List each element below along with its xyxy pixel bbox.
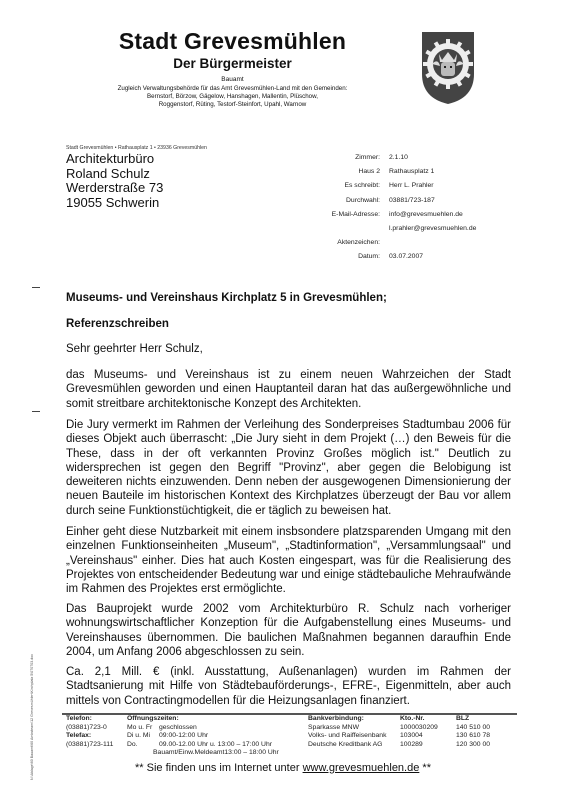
- meta-label: Durchwahl:: [300, 197, 389, 211]
- hours-row: Do.09.00-12.00 Uhr u. 13:00 – 17:00 Uhr: [127, 741, 307, 750]
- department-label: Bauamt: [100, 76, 365, 83]
- meta-row-room: Zimmer:2.1.10: [300, 154, 520, 168]
- bank-name: Volks- und Raiffeisenbank: [308, 732, 400, 741]
- coat-of-arms-icon: [420, 30, 476, 106]
- recipient-line: Architekturbüro: [66, 152, 163, 167]
- body-paragraph: Die Jury vermerkt im Rahmen der Verleihu…: [66, 418, 511, 518]
- hours-row: Di u. Mi09:00-12:00 Uhr: [127, 732, 307, 741]
- hours-time: geschlossen: [159, 724, 197, 733]
- bank-account: 1000030209: [400, 724, 456, 733]
- meta-label: E-Mail-Adresse:: [300, 211, 389, 225]
- file-path-note: N:\Ablage\60 Bauamt\60 Ambsteam\12 Greve…: [30, 654, 34, 780]
- fold-mark: [32, 287, 40, 288]
- bank-blz: 140 510 00: [456, 724, 490, 733]
- bank-row: Deutsche Kreditbank AG100289120 300 00: [308, 741, 518, 750]
- authority-note-line: Bernstorf, Börzow, Gägelow, Hanshagen, M…: [96, 93, 369, 101]
- meta-row-building: Haus 2Rathausplatz 1: [300, 168, 520, 182]
- footer-bank: Bankverbindung: Kto.-Nr. BLZ Sparkasse M…: [308, 715, 518, 749]
- hours-label: Öffnungszeiten:: [127, 715, 179, 722]
- meta-row-date: Datum:03.07.2007: [300, 253, 520, 267]
- body-paragraph: Das Bauprojekt wurde 2002 vom Architektu…: [66, 602, 511, 659]
- recipient-line: Roland Schulz: [66, 167, 163, 182]
- recipient-line: Werderstraße 73: [66, 181, 163, 196]
- hours-time: 09:00-12:00 Uhr: [159, 732, 208, 741]
- bank-row: Sparkasse MNW1000030209140 510 00: [308, 724, 518, 733]
- recipient-address: Architekturbüro Roland Schulz Werderstra…: [66, 152, 163, 210]
- mayor-subtitle: Der Bürgermeister: [100, 56, 365, 71]
- fax-label: Telefax:: [66, 732, 91, 739]
- meta-row-email-2: l.prahler@grevesmuehlen.de: [300, 225, 520, 239]
- body-paragraph: Einher geht diese Nutzbarkeit mit einem …: [66, 525, 511, 596]
- hours-time: 09.00-12.00 Uhr u. 13:00 – 17:00 Uhr: [159, 741, 272, 750]
- hours-days: Do.: [127, 741, 159, 750]
- body-paragraph: das Museums- und Vereinshaus ist zu eine…: [66, 368, 511, 411]
- meta-row-phone: Durchwahl:03881/723-187: [300, 197, 520, 211]
- bank-name: Deutsche Kreditbank AG: [308, 741, 400, 750]
- bank-header-row: Bankverbindung: Kto.-Nr. BLZ: [308, 715, 518, 724]
- email-link[interactable]: info@grevesmuehlen.de: [389, 211, 520, 225]
- meta-row-reference: Aktenzeichen:: [300, 239, 520, 253]
- bank-row: Volks- und Raiffeisenbank103004130 610 7…: [308, 732, 518, 741]
- authority-note: Zugleich Verwaltungsbehörde für das Amt …: [96, 85, 369, 109]
- email-link[interactable]: l.prahler@grevesmuehlen.de: [389, 225, 520, 239]
- hours-days: Mo u. Fr: [127, 724, 159, 733]
- body-paragraph: Ca. 2,1 Mill. € (inkl. Ausstattung, Auße…: [66, 665, 511, 708]
- phone-label: Telefon:: [66, 715, 92, 722]
- meta-row-email: E-Mail-Adresse:info@grevesmuehlen.de: [300, 211, 520, 225]
- authority-note-line: Zugleich Verwaltungsbehörde für das Amt …: [96, 85, 369, 93]
- meta-label: Haus 2: [300, 168, 389, 182]
- meta-value: Herr L. Prahler: [389, 182, 520, 196]
- website-link[interactable]: www.grevesmuehlen.de: [303, 762, 420, 774]
- salutation: Sehr geehrter Herr Schulz,: [66, 343, 203, 355]
- blz-label: BLZ: [456, 715, 469, 724]
- internet-prefix: ** Sie finden uns im Internet unter: [135, 762, 303, 774]
- meta-label: Aktenzeichen:: [300, 239, 389, 253]
- meta-label: Es schreibt:: [300, 182, 389, 196]
- hours-row: Mo u. Frgeschlossen: [127, 724, 307, 733]
- bank-blz: 130 610 78: [456, 732, 490, 741]
- letter-reference: Referenzschreiben: [66, 318, 169, 330]
- meta-label: Zimmer:: [300, 154, 389, 168]
- meta-value: 03.07.2007: [389, 253, 520, 267]
- bank-name: Sparkasse MNW: [308, 724, 400, 733]
- bank-label: Bankverbindung:: [308, 715, 400, 724]
- internet-line: ** Sie finden uns im Internet unter www.…: [0, 762, 566, 774]
- recipient-line: 19055 Schwerin: [66, 196, 163, 211]
- bank-account: 103004: [400, 732, 456, 741]
- bank-blz: 120 300 00: [456, 741, 490, 750]
- meta-value: [389, 239, 520, 253]
- hours-extra: Bauamt/Einw.Meldeamt13:00 – 18:00 Uhr: [127, 749, 307, 758]
- meta-row-author: Es schreibt:Herr L. Prahler: [300, 182, 520, 196]
- fold-mark: [32, 411, 40, 412]
- meta-value: 03881/723-187: [389, 197, 520, 211]
- authority-note-line: Roggenstorf, Rüting, Testorf-Steinfort, …: [96, 101, 369, 109]
- meta-value: Rathausplatz 1: [389, 168, 520, 182]
- letter-meta-block: Zimmer:2.1.10 Haus 2Rathausplatz 1 Es sc…: [300, 154, 520, 268]
- meta-value: 2.1.10: [389, 154, 520, 168]
- hours-days: Di u. Mi: [127, 732, 159, 741]
- bank-account: 100289: [400, 741, 456, 750]
- city-title: Stadt Grevesmühlen: [100, 28, 365, 55]
- meta-label: [300, 225, 389, 239]
- footer-hours: Öffnungszeiten: Mo u. Frgeschlossen Di u…: [127, 715, 307, 758]
- account-label: Kto.-Nr.: [400, 715, 456, 724]
- internet-suffix: **: [419, 762, 431, 774]
- meta-label: Datum:: [300, 253, 389, 267]
- letter-subject: Museums- und Vereinshaus Kirchplatz 5 in…: [66, 292, 387, 304]
